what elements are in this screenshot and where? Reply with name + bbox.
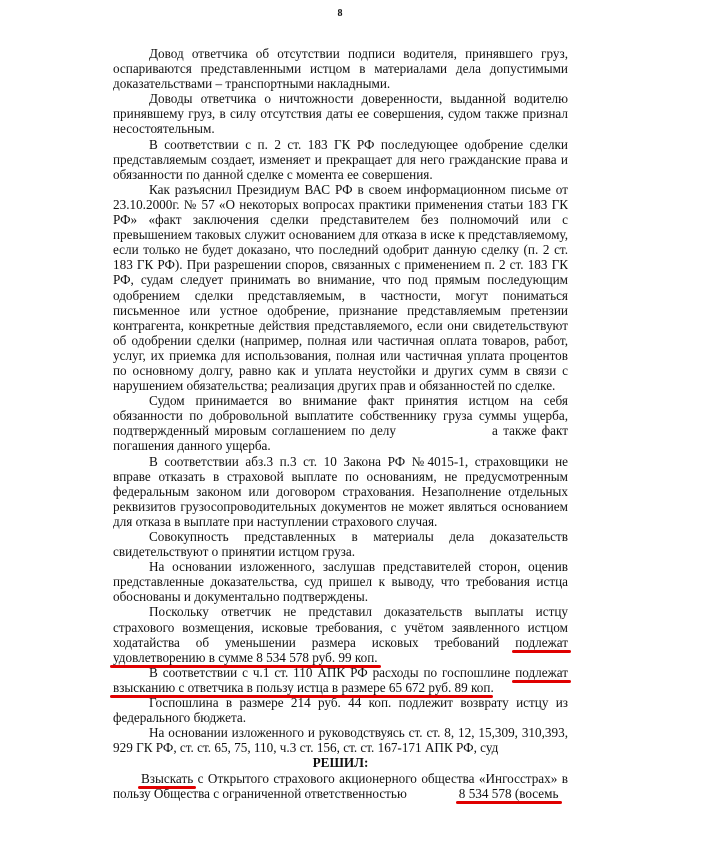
paragraph-power-of-attorney: Доводы ответчика о ничтожности доверенно… xyxy=(113,91,568,136)
paragraph-claim-satisfaction: Поскольку ответчик не представил доказат… xyxy=(113,604,568,664)
paragraph-state-duty: В соответствии с ч.1 ст. 110 АПК РФ расх… xyxy=(113,665,568,695)
document-body: Довод ответчика об отсутствии подписи во… xyxy=(113,46,568,801)
paragraph-decision: Взыскать с Открытого страхового акционер… xyxy=(113,771,568,801)
paragraph-insurance-law: В соответствии абз.3 п.3 ст. 10 Закона Р… xyxy=(113,454,568,529)
paragraph-damage-settlement: Судом принимается во внимание факт приня… xyxy=(113,393,568,453)
paragraph-duty-refund: Госпошлина в размере 214 руб. 44 коп. по… xyxy=(113,695,568,725)
decision-heading: РЕШИЛ: xyxy=(113,755,568,770)
document-page: 8 Довод ответчика об отсутствии подписи … xyxy=(0,0,720,842)
paragraph-evidence-totality: Совокупность представленных в материалы … xyxy=(113,529,568,559)
paragraph-legal-basis: На основании изложенного и руководствуяс… xyxy=(113,725,568,755)
red-underline-subject-to: подлежат xyxy=(515,635,568,650)
page-number: 8 xyxy=(0,8,680,19)
red-underline-claim-amount: удовлетворению в сумме 8 534 578 руб. 99… xyxy=(113,650,378,665)
red-underline-duty-subject-to: подлежат xyxy=(515,665,568,680)
paragraph-court-conclusion: На основании изложенного, заслушав предс… xyxy=(113,559,568,604)
red-underline-recover: Взыскать xyxy=(141,771,193,786)
paragraph-presidium-explanation: Как разъяснил Президиум ВАС РФ в своем и… xyxy=(113,182,568,393)
duty-text-after: . xyxy=(490,680,493,695)
red-underline-decision-amount: 8 534 578 (восемь xyxy=(459,786,559,801)
paragraph-article-183: В соответствии с п. 2 ст. 183 ГК РФ посл… xyxy=(113,137,568,182)
claim-text-before: Поскольку ответчик не представил доказат… xyxy=(113,604,568,649)
paragraph-signature-argument: Довод ответчика об отсутствии подписи во… xyxy=(113,46,568,91)
red-underline-duty-amount: взысканию с ответчика в пользу истца в р… xyxy=(113,680,490,695)
